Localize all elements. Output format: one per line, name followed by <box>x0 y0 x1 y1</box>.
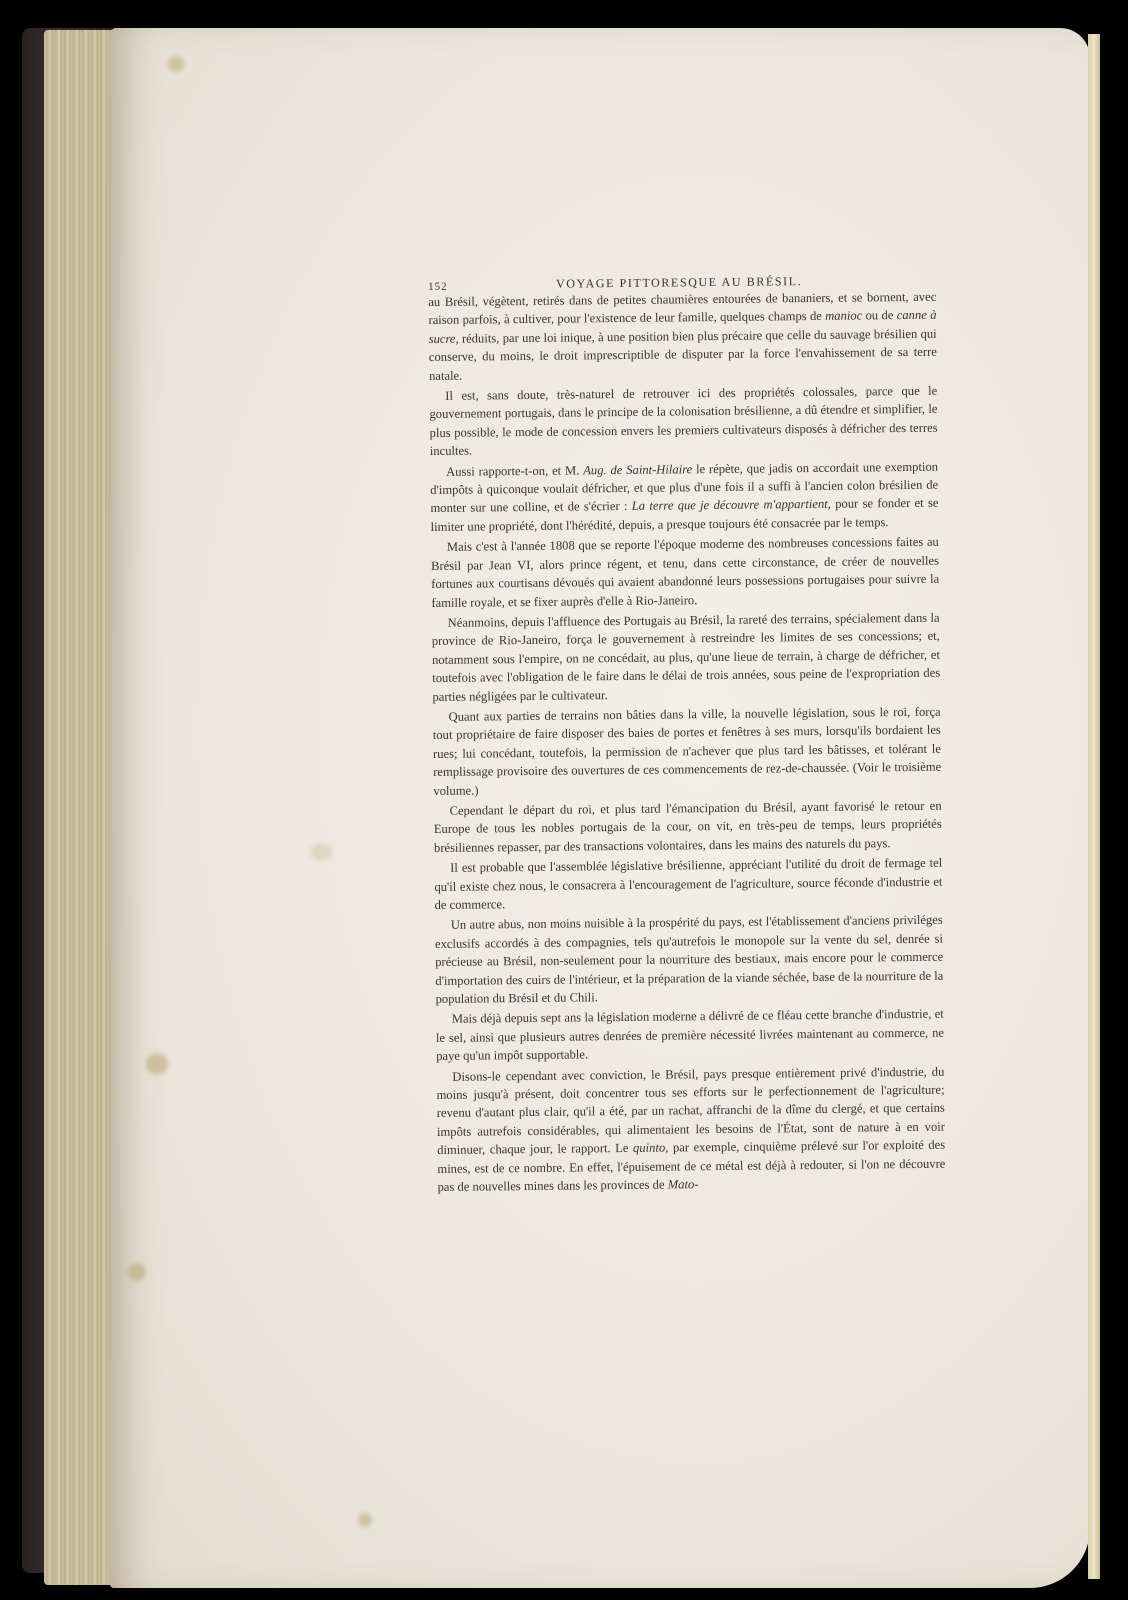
text-run: Cependant le départ du roi, et plus tard… <box>434 799 942 855</box>
page-number: 152 <box>428 278 448 297</box>
page-fore-edge <box>1088 34 1100 1579</box>
paragraph: Quant aux parties de terrains non bâties… <box>433 703 942 800</box>
paragraph: au Brésil, végètent, retirés dans de pet… <box>428 288 937 385</box>
body-text: au Brésil, végètent, retirés dans de pet… <box>428 288 945 1197</box>
text-run: Néanmoins, depuis l'affluence des Portug… <box>432 611 941 704</box>
paragraph: Un autre abus, non moins nuisible à la p… <box>435 911 944 1008</box>
foxing-stain <box>146 1053 168 1075</box>
italic-text: Mato- <box>668 1177 699 1191</box>
page-text-block: 152 VOYAGE PITTORESQUE AU BRÉSIL. au Bré… <box>428 271 946 1197</box>
text-run: réduits, par une loi inique, à une posit… <box>429 326 937 382</box>
paragraph: Néanmoins, depuis l'affluence des Portug… <box>432 609 941 706</box>
text-run: Mais c'est à l'année 1808 que se reporte… <box>431 535 939 610</box>
text-run: Mais déjà depuis sept ans la législation… <box>436 1007 944 1063</box>
paragraph: Mais déjà depuis sept ans la législation… <box>436 1005 945 1066</box>
paragraph: Aussi rapporte-t-on, et M. Aug. de Saint… <box>430 457 939 536</box>
running-head-title: VOYAGE PITTORESQUE AU BRÉSIL. <box>556 272 802 293</box>
italic-text: quinto, <box>633 1141 668 1155</box>
text-run: Il est probable que l'assemblée législat… <box>434 856 942 912</box>
italic-text: Aug. de Saint-Hilaire <box>583 462 692 477</box>
text-run: ou de <box>862 309 897 323</box>
italic-text: La terre que je découvre m'appartient, <box>632 497 831 513</box>
paragraph: Il est probable que l'assemblée législat… <box>434 854 943 915</box>
foxing-stain <box>358 1513 372 1527</box>
paragraph: Mais c'est à l'année 1808 que se reporte… <box>431 533 940 612</box>
text-run: Aussi rapporte-t-on, et M. <box>446 463 583 478</box>
text-run: Quant aux parties de terrains non bâties… <box>433 705 942 798</box>
paragraph: Cependant le départ du roi, et plus tard… <box>434 797 943 858</box>
foxing-stain <box>128 1263 146 1281</box>
italic-text: manioc <box>825 309 862 323</box>
paragraph: Disons-le cependant avec conviction, le … <box>436 1062 945 1196</box>
text-run: Un autre abus, non moins nuisible à la p… <box>435 913 944 1006</box>
foxing-stain <box>310 843 332 861</box>
paragraph: Il est, sans doute, très-naturel de retr… <box>429 382 938 461</box>
text-run: Il est, sans doute, très-naturel de retr… <box>429 384 937 459</box>
foxing-stain <box>168 56 184 72</box>
